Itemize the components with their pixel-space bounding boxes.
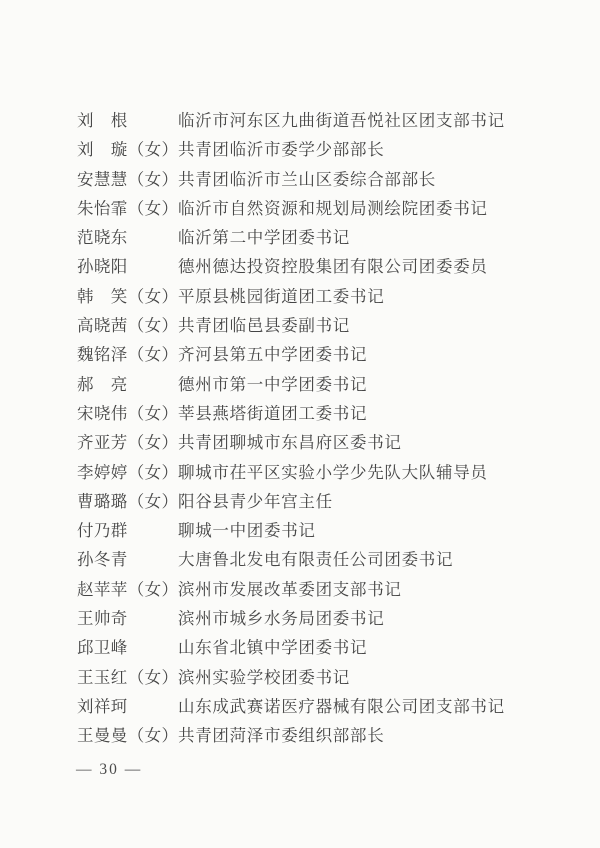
person-title: 共青团临沂市委学少部部长 bbox=[178, 135, 384, 164]
person-title: 德州德达投资控股集团有限公司团委委员 bbox=[178, 252, 488, 281]
person-title: 滨州市发展改革委团支部书记 bbox=[178, 575, 402, 604]
person-title: 临沂第二中学团委书记 bbox=[178, 223, 350, 252]
person-name: 刘 璇（女） bbox=[77, 135, 178, 164]
roster-row: 王曼曼（女） 共青团菏泽市委组织部部长 bbox=[77, 721, 557, 750]
person-title: 大唐鲁北发电有限责任公司团委书记 bbox=[178, 545, 453, 574]
person-name: 韩 笑（女） bbox=[77, 282, 178, 311]
person-name: 刘祥珂 bbox=[77, 692, 178, 721]
roster-row: 安慧慧（女） 共青团临沂市兰山区委综合部部长 bbox=[77, 165, 557, 194]
person-title: 德州市第一中学团委书记 bbox=[178, 370, 367, 399]
roster-row: 齐亚芳（女） 共青团聊城市东昌府区委书记 bbox=[77, 428, 557, 457]
person-name: 安慧慧（女） bbox=[77, 165, 178, 194]
roster-row: 韩 笑（女） 平原县桃园街道团工委书记 bbox=[77, 282, 557, 311]
person-title: 平原县桃园街道团工委书记 bbox=[178, 282, 384, 311]
roster-row: 高晓茜（女） 共青团临邑县委副书记 bbox=[77, 311, 557, 340]
roster-row: 范晓东 临沂第二中学团委书记 bbox=[77, 223, 557, 252]
person-title: 共青团临沂市兰山区委综合部部长 bbox=[178, 165, 436, 194]
roster-row: 李婷婷（女） 聊城市茌平区实验小学少先队大队辅导员 bbox=[77, 458, 557, 487]
person-title: 滨州市城乡水务局团委书记 bbox=[178, 604, 384, 633]
roster-row: 付乃群 聊城一中团委书记 bbox=[77, 516, 557, 545]
document-page: 刘 根 临沂市河东区九曲街道吾悦社区团支部书记 刘 璇（女） 共青团临沂市委学少… bbox=[0, 0, 600, 848]
person-name: 王玉红（女） bbox=[77, 663, 178, 692]
person-name: 李婷婷（女） bbox=[77, 458, 178, 487]
person-name: 刘 根 bbox=[77, 106, 178, 135]
roster-row: 郝 亮 德州市第一中学团委书记 bbox=[77, 370, 557, 399]
roster-row: 王玉红（女） 滨州实验学校团委书记 bbox=[77, 663, 557, 692]
person-name: 齐亚芳（女） bbox=[77, 428, 178, 457]
roster-row: 王帅奇 滨州市城乡水务局团委书记 bbox=[77, 604, 557, 633]
roster-row: 刘祥珂 山东成武赛诺医疗器械有限公司团支部书记 bbox=[77, 692, 557, 721]
person-name: 曹璐璐（女） bbox=[77, 487, 178, 516]
roster-row: 曹璐璐（女） 阳谷县青少年宫主任 bbox=[77, 487, 557, 516]
person-title: 滨州实验学校团委书记 bbox=[178, 663, 350, 692]
person-title: 临沂市河东区九曲街道吾悦社区团支部书记 bbox=[178, 106, 505, 135]
person-name: 王帅奇 bbox=[77, 604, 178, 633]
person-title: 莘县燕塔街道团工委书记 bbox=[178, 399, 367, 428]
person-title: 阳谷县青少年宫主任 bbox=[178, 487, 333, 516]
roster-row: 孙晓阳 德州德达投资控股集团有限公司团委委员 bbox=[77, 252, 557, 281]
person-name: 孙晓阳 bbox=[77, 252, 178, 281]
person-name: 赵苹苹（女） bbox=[77, 575, 178, 604]
person-title: 共青团临邑县委副书记 bbox=[178, 311, 350, 340]
roster-row: 刘 璇（女） 共青团临沂市委学少部部长 bbox=[77, 135, 557, 164]
roster-list: 刘 根 临沂市河东区九曲街道吾悦社区团支部书记 刘 璇（女） 共青团临沂市委学少… bbox=[77, 106, 557, 751]
person-title: 山东成武赛诺医疗器械有限公司团支部书记 bbox=[178, 692, 505, 721]
person-title: 聊城市茌平区实验小学少先队大队辅导员 bbox=[178, 458, 488, 487]
roster-row: 宋哓伟（女） 莘县燕塔街道团工委书记 bbox=[77, 399, 557, 428]
page-number: — 30 — bbox=[76, 761, 142, 779]
person-name: 郝 亮 bbox=[77, 370, 178, 399]
roster-row: 朱怡霏（女） 临沂市自然资源和规划局测绘院团委书记 bbox=[77, 194, 557, 223]
person-title: 聊城一中团委书记 bbox=[178, 516, 316, 545]
person-title: 山东省北镇中学团委书记 bbox=[178, 633, 367, 662]
roster-row: 邱卫峰 山东省北镇中学团委书记 bbox=[77, 633, 557, 662]
person-title: 临沂市自然资源和规划局测绘院团委书记 bbox=[178, 194, 488, 223]
person-name: 范晓东 bbox=[77, 223, 178, 252]
person-name: 魏铭泽（女） bbox=[77, 340, 178, 369]
roster-row: 赵苹苹（女） 滨州市发展改革委团支部书记 bbox=[77, 575, 557, 604]
person-name: 付乃群 bbox=[77, 516, 178, 545]
person-name: 王曼曼（女） bbox=[77, 721, 178, 750]
person-title: 共青团菏泽市委组织部部长 bbox=[178, 721, 384, 750]
roster-row: 孙冬青 大唐鲁北发电有限责任公司团委书记 bbox=[77, 545, 557, 574]
person-name: 孙冬青 bbox=[77, 545, 178, 574]
person-name: 朱怡霏（女） bbox=[77, 194, 178, 223]
person-name: 邱卫峰 bbox=[77, 633, 178, 662]
person-title: 共青团聊城市东昌府区委书记 bbox=[178, 428, 402, 457]
person-name: 高晓茜（女） bbox=[77, 311, 178, 340]
roster-row: 魏铭泽（女） 齐河县第五中学团委书记 bbox=[77, 340, 557, 369]
roster-row: 刘 根 临沂市河东区九曲街道吾悦社区团支部书记 bbox=[77, 106, 557, 135]
person-name: 宋哓伟（女） bbox=[77, 399, 178, 428]
person-title: 齐河县第五中学团委书记 bbox=[178, 340, 367, 369]
